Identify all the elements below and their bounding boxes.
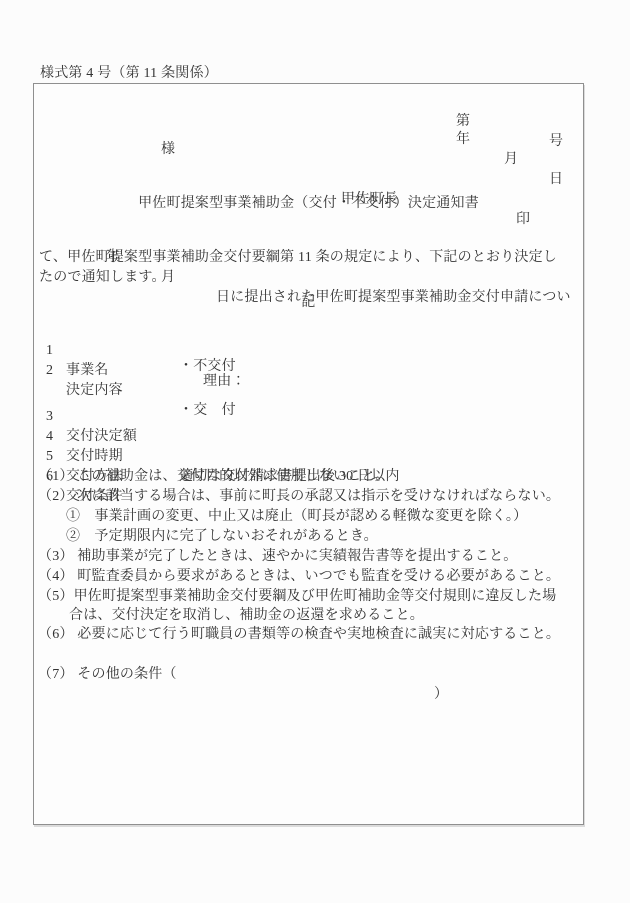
condition-7: （7） その他の条件（ ） <box>34 645 583 665</box>
item-1-label: 事業名 <box>66 361 109 381</box>
doc-number-suffix: 号 <box>549 132 563 152</box>
item-2-number: 2 <box>46 361 53 381</box>
item-row-2: 2 決定内容 ・交 付 <box>34 341 583 361</box>
condition-1: （1） この補助金は、交付目的以外に使用しないこと。 <box>38 467 390 487</box>
addressee-suffix: 様 <box>161 140 175 160</box>
record-marker: 記 <box>34 293 583 313</box>
condition-2-sub-2: ② 予定期限内に完了しないおそれがあるとき。 <box>66 527 378 547</box>
document-page: 様式第 4 号（第 11 条関係） 第 号 年 月 日 様 甲佐町長 印 甲佐町… <box>0 0 630 903</box>
notice-box: 第 号 年 月 日 様 甲佐町長 印 甲佐町提案型事業補助金（交付・不交付）決定… <box>33 83 584 825</box>
condition-7-close-paren: ） <box>434 685 448 705</box>
date-month-label: 月 <box>504 150 518 170</box>
date-year-label: 年 <box>456 130 470 150</box>
date-line: 年 月 日 <box>34 110 583 130</box>
condition-6: （6） 必要に応じて行う町職員の書類等の検査や実地検査に誠実に対応すること。 <box>38 625 560 645</box>
item-row-4: 4 交付時期 適切な交付請求書提出後 30 日以内 <box>34 407 583 427</box>
form-label: 様式第 4 号（第 11 条関係） <box>40 64 218 84</box>
body-paragraph-line-3: たので通知します。 <box>39 268 166 288</box>
sender-line: 甲佐町長 印 <box>34 170 583 190</box>
condition-4: （4） 町監査委員から要求があるときは、いつでも監査を受ける必要があること。 <box>38 567 560 587</box>
condition-7-text: （7） その他の条件（ <box>38 665 177 685</box>
item-row-6: 6 交付条件 <box>34 447 583 467</box>
condition-2-sub-1: ① 事業計画の変更、中止又は廃止（町長が認める軽微な変更を除く。） <box>66 507 527 527</box>
body-paragraph-line-2: て、甲佐町提案型事業補助金交付要綱第 11 条の規定により、下記のとおり決定し <box>39 248 557 268</box>
item-row-3: 3 交付決定額 <box>34 387 583 407</box>
condition-3: （3） 補助事業が完了したときは、速やかに実績報告書等を提出すること。 <box>38 547 518 567</box>
doc-number-line: 第 号 <box>34 92 583 112</box>
condition-5-line-1: （5）甲佐町提案型事業補助金交付要綱及び甲佐町補助金等交付規則に違反した場 <box>38 587 556 607</box>
item-row-1: 1 事業名 <box>34 321 583 341</box>
document-title: 甲佐町提案型事業補助金（交付・不交付）決定通知書 <box>34 194 583 214</box>
item-row-5: 5 交付方法 <box>34 427 583 447</box>
condition-5-line-2: 合は、交付決定を取消し、補助金の返還を求めること。 <box>69 606 424 626</box>
condition-2: （2） 次に該当する場合は、事前に町長の承認又は指示を受けなければならない。 <box>38 487 560 507</box>
body-paragraph-line-1: 年 月 日に提出された甲佐町提案型事業補助金交付申請につい <box>34 228 583 248</box>
